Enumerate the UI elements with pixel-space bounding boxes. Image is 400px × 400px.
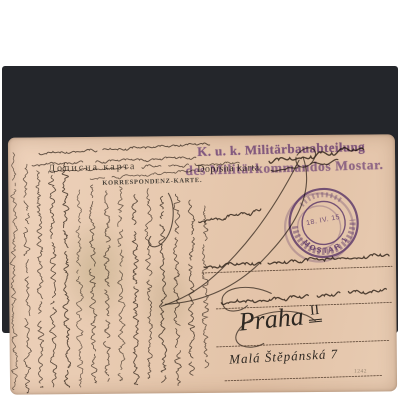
scan-photo-background: Дописна карта Dopisna karta KORRESPONDEN…: [2, 66, 398, 333]
postmark-date: 18. IV. 15: [306, 214, 341, 227]
postcard: Дописна карта Dopisna karta KORRESPONDEN…: [8, 134, 397, 394]
address-district: II: [307, 303, 322, 323]
plate-number: 1242: [354, 369, 367, 375]
address-city: Praha: [237, 301, 304, 336]
postmark: MOSTAR 1 18. IV. 15: [8, 134, 397, 394]
